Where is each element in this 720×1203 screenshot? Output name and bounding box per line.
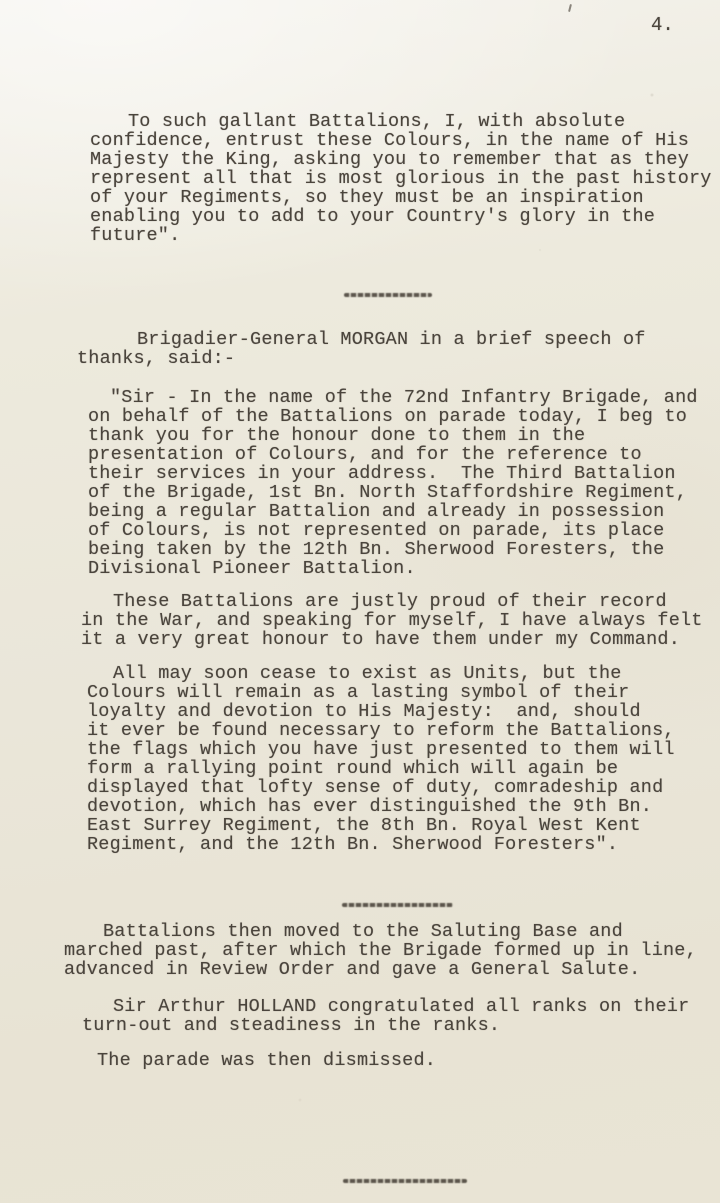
text-line: Battalions then moved to the Saluting Ba… bbox=[64, 922, 720, 941]
text-line: Majesty the King, asking you to remember… bbox=[90, 150, 720, 169]
text-line: the flags which you have just presented … bbox=[87, 740, 720, 759]
text-line: represent all that is most glorious in t… bbox=[90, 169, 720, 188]
text-line: Colours will remain as a lasting symbol … bbox=[87, 683, 720, 702]
text-line: devotion, which has ever distinguished t… bbox=[87, 797, 720, 816]
text-line: Regiment, and the 12th Bn. Sherwood Fore… bbox=[87, 835, 720, 854]
text-line: being taken by the 12th Bn. Sherwood For… bbox=[88, 540, 720, 559]
speech-paragraph: All may soon cease to exist as Units, bu… bbox=[87, 664, 720, 854]
text-line: marched past, after which the Brigade fo… bbox=[64, 941, 720, 960]
text-line: These Battalions are justly proud of the… bbox=[81, 592, 720, 611]
typed-divider bbox=[343, 1179, 467, 1183]
text-line: loyalty and devotion to His Majesty: and… bbox=[87, 702, 720, 721]
narration-paragraph: Battalions then moved to the Saluting Ba… bbox=[64, 922, 720, 979]
narration-paragraph: Sir Arthur HOLLAND congratulated all ran… bbox=[82, 997, 720, 1035]
text-line: displayed that lofty sense of duty, comr… bbox=[87, 778, 720, 797]
text-line: confidence, entrust these Colours, in th… bbox=[90, 131, 720, 150]
typed-divider bbox=[344, 293, 432, 297]
text-line: on behalf of the Battalions on parade to… bbox=[88, 407, 720, 426]
text-line: it a very great honour to have them unde… bbox=[81, 630, 720, 649]
narration-paragraph: Brigadier-General MORGAN in a brief spee… bbox=[77, 330, 720, 368]
text-line: enabling you to add to your Country's gl… bbox=[90, 207, 720, 226]
text-line: Divisional Pioneer Battalion. bbox=[88, 559, 720, 578]
text-line: The parade was then dismissed. bbox=[97, 1051, 720, 1070]
text-line: it ever be found necessary to reform the… bbox=[87, 721, 720, 740]
text-line: East Surrey Regiment, the 8th Bn. Royal … bbox=[87, 816, 720, 835]
text-line: being a regular Battalion and already in… bbox=[88, 502, 720, 521]
text-line: Brigadier-General MORGAN in a brief spee… bbox=[77, 330, 720, 349]
text-line: of Colours, is not represented on parade… bbox=[88, 521, 720, 540]
text-line: in the War, and speaking for myself, I h… bbox=[81, 611, 720, 630]
text-line: presentation of Colours, and for the ref… bbox=[88, 445, 720, 464]
text-line: of the Brigade, 1st Bn. North Staffordsh… bbox=[88, 483, 720, 502]
speech-paragraph: To such gallant Battalions, I, with abso… bbox=[90, 112, 720, 245]
text-line: their services in your address. The Thir… bbox=[88, 464, 720, 483]
text-line: future". bbox=[90, 226, 720, 245]
text-line: form a rallying point round which will a… bbox=[87, 759, 720, 778]
speech-paragraph: These Battalions are justly proud of the… bbox=[81, 592, 720, 649]
text-line: "Sir - In the name of the 72nd Infantry … bbox=[88, 388, 720, 407]
text-line: To such gallant Battalions, I, with abso… bbox=[90, 112, 720, 131]
text-line: turn-out and steadiness in the ranks. bbox=[82, 1016, 720, 1035]
speech-paragraph: "Sir - In the name of the 72nd Infantry … bbox=[88, 388, 720, 578]
text-line: thanks, said:- bbox=[77, 349, 720, 368]
text-line: thank you for the honour done to them in… bbox=[88, 426, 720, 445]
text-line: advanced in Review Order and gave a Gene… bbox=[64, 960, 720, 979]
text-line: of your Regiments, so they must be an in… bbox=[90, 188, 720, 207]
text-line: All may soon cease to exist as Units, bu… bbox=[87, 664, 720, 683]
text-line: Sir Arthur HOLLAND congratulated all ran… bbox=[82, 997, 720, 1016]
narration-paragraph: The parade was then dismissed. bbox=[97, 1051, 720, 1070]
typed-divider bbox=[342, 903, 453, 907]
typewritten-document: To such gallant Battalions, I, with abso… bbox=[0, 0, 720, 1183]
